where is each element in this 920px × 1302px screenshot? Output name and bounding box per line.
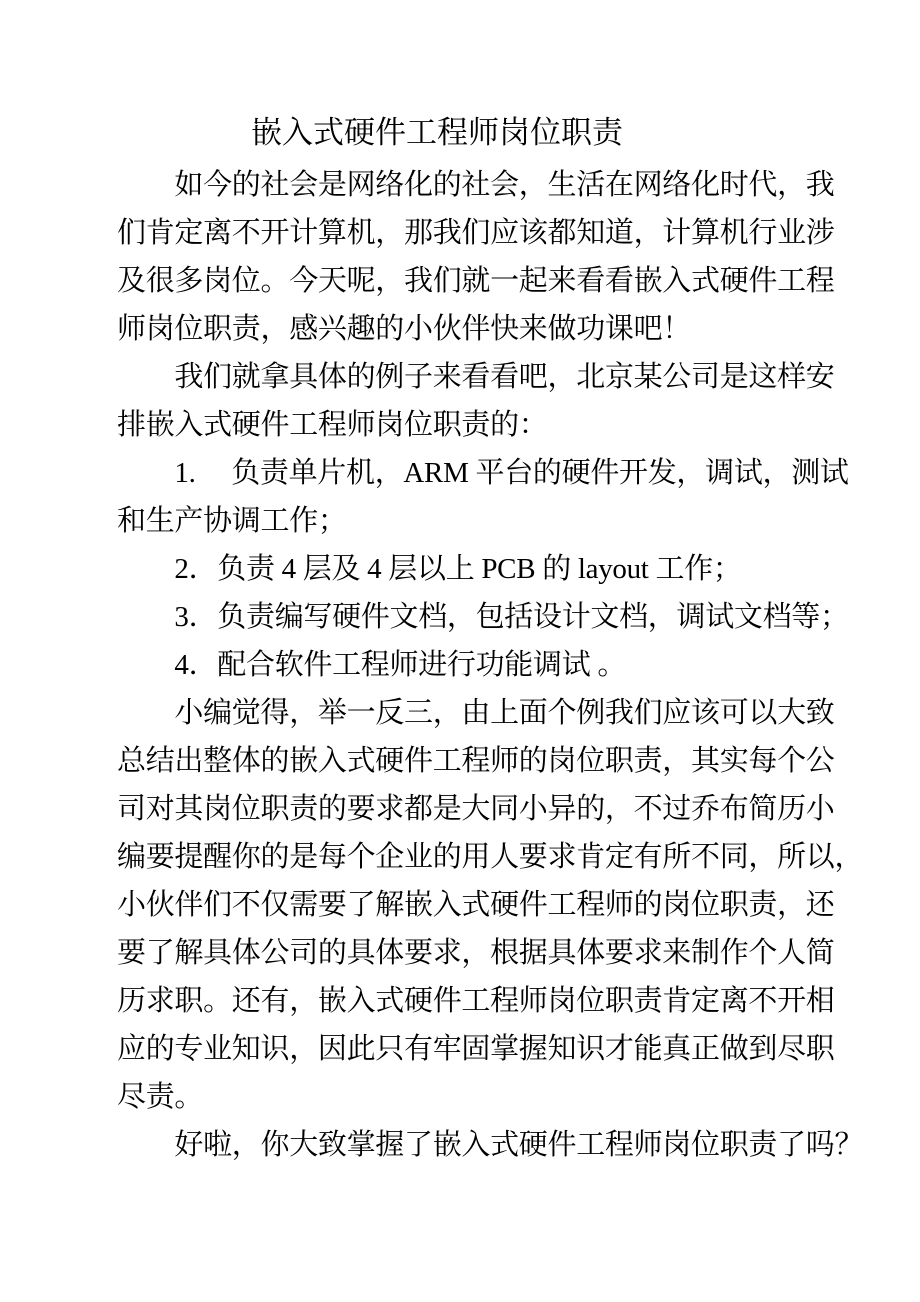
- text-line: 好啦，你大致掌握了嵌入式硬件工程师岗位职责了吗？: [117, 1121, 813, 1169]
- document-body: 如今的社会是网络化的社会，生活在网络化时代，我们肯定离不开计算机，那我们应该都知…: [117, 161, 813, 1169]
- text-line: 小编觉得，举一反三，由上面个例我们应该可以大致: [117, 689, 813, 737]
- text-line: 排嵌入式硬件工程师岗位职责的：: [117, 401, 813, 449]
- text-line: 4．配合软件工程师进行功能调试 。: [117, 641, 813, 689]
- text-line: 1. 负责单片机，ARM 平台的硬件开发，调试，测试: [117, 449, 813, 497]
- text-line: 小伙伴们不仅需要了解嵌入式硬件工程师的岗位职责，还: [117, 881, 813, 929]
- text-line: 们肯定离不开计算机，那我们应该都知道，计算机行业涉: [117, 209, 813, 257]
- text-line: 司对其岗位职责的要求都是大同小异的，不过乔布简历小: [117, 785, 813, 833]
- text-line: 编要提醒你的是每个企业的用人要求肯定有所不同，所以，: [117, 833, 813, 881]
- text-line: 师岗位职责，感兴趣的小伙伴快来做功课吧！: [117, 305, 813, 353]
- text-line: 我们就拿具体的例子来看看吧，北京某公司是这样安: [117, 353, 813, 401]
- text-line: 2．负责 4 层及 4 层以上 PCB 的 layout 工作；: [117, 545, 813, 593]
- text-line: 要了解具体公司的具体要求，根据具体要求来制作个人简: [117, 929, 813, 977]
- text-line: 应的专业知识，因此只有牢固掌握知识才能真正做到尽职: [117, 1025, 813, 1073]
- text-line: 及很多岗位。今天呢，我们就一起来看看嵌入式硬件工程: [117, 257, 813, 305]
- text-line: 历求职。还有，嵌入式硬件工程师岗位职责肯定离不开相: [117, 977, 813, 1025]
- document-title: 嵌入式硬件工程师岗位职责: [89, 109, 785, 157]
- text-line: 3．负责编写硬件文档，包括设计文档，调试文档等；: [117, 593, 813, 641]
- text-line: 和生产协调工作；: [117, 497, 813, 545]
- document-page: 嵌入式硬件工程师岗位职责 如今的社会是网络化的社会，生活在网络化时代，我们肯定离…: [0, 0, 920, 1302]
- text-line: 总结出整体的嵌入式硬件工程师的岗位职责，其实每个公: [117, 737, 813, 785]
- text-line: 如今的社会是网络化的社会，生活在网络化时代，我: [117, 161, 813, 209]
- text-line: 尽责。: [117, 1073, 813, 1121]
